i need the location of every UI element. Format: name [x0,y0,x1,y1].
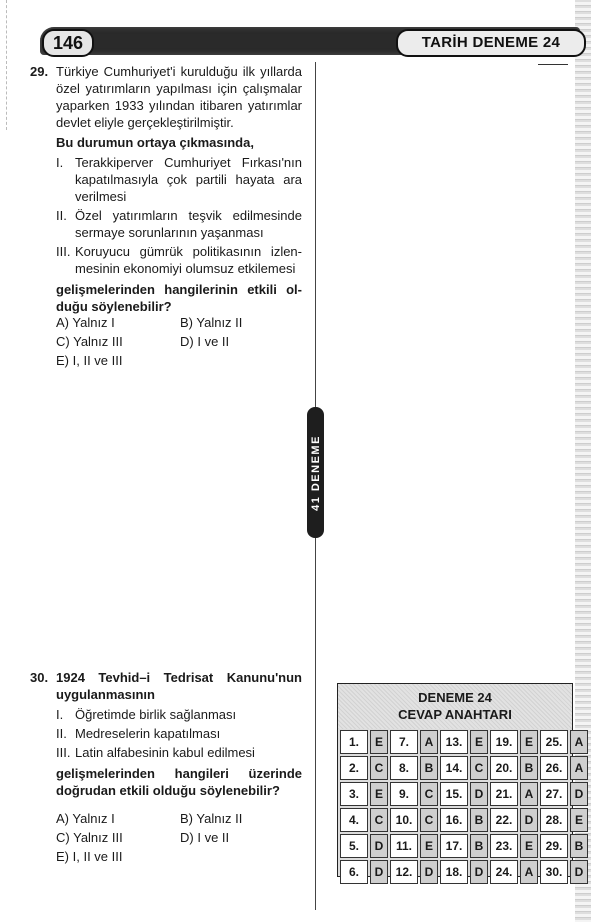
answer-key-question-number: 24. [490,860,518,884]
statement-item: I. Öğretimde birlik sağlanması [56,706,302,723]
answer-key-question-number: 21. [490,782,518,806]
statement-item: II. Medreselerin kapatılması [56,725,302,742]
statement-number: II. [56,207,75,241]
statement-number: III. [56,744,75,761]
answer-key-question-number: 1. [340,730,368,754]
answer-key-question-number: 2. [340,756,368,780]
question-number: 29. [30,63,48,80]
statement-number: III. [56,243,75,277]
column-divider [315,62,316,407]
answer-key-question-number: 15. [440,782,468,806]
answer-key-question-number: 30. [540,860,568,884]
answer-key-answer: C [370,808,388,832]
option-d[interactable]: D) I ve II [180,333,300,350]
option-c[interactable]: C) Yalnız III [56,829,180,846]
statement-number: I. [56,706,75,723]
statement-text: Latin alfabesinin kabul edilmesi [75,744,302,761]
option-a[interactable]: A) Yalnız I [56,314,180,331]
answer-key-answer: E [470,730,488,754]
answer-key-answer: D [420,860,438,884]
option-d[interactable]: D) I ve II [180,829,300,846]
answer-key-question-number: 25. [540,730,568,754]
answer-key-grid: 1.E7.A13.E19.E25.A2.C8.B14.C20.B26.A3.E9… [338,729,572,885]
answer-key-answer: D [520,808,538,832]
corner-rule [538,64,568,65]
question-prompt: gelişmelerinden hangileri üzerinde doğru… [56,765,302,799]
answer-key-answer: D [470,860,488,884]
statement-item: II. Özel yatırımların teşvik edilmesinde… [56,207,302,241]
question-stem: 1924 Tevhid–i Tedrisat Kanunu'nun uygula… [56,669,302,703]
statement-item: III. Koruyucu gümrük politikasının izlen… [56,243,302,277]
answer-key-question-number: 20. [490,756,518,780]
answer-key-answer: E [420,834,438,858]
statement-list: I. Terakkiperver Cumhuriyet Fırkası'nın … [56,154,302,277]
answer-key-answer: E [370,730,388,754]
answer-key-answer: D [570,860,588,884]
question-number: 30. [30,669,48,686]
answer-key-answer: C [370,756,388,780]
answer-key-answer: E [570,808,588,832]
answer-key-answer: D [570,782,588,806]
answer-key-question-number: 18. [440,860,468,884]
side-tab-label: 41 DENEME [310,435,322,511]
column-divider [315,538,316,910]
question-lead: Bu durumun ortaya çıkmasında, [56,134,302,151]
answer-key-answer: C [420,808,438,832]
answer-key-question-number: 12. [390,860,418,884]
answer-key-question-number: 9. [390,782,418,806]
option-b[interactable]: B) Yalnız II [180,314,300,331]
answer-key-question-number: 23. [490,834,518,858]
statement-item: I. Terakkiperver Cumhuriyet Fırkası'nın … [56,154,302,205]
answer-key-question-number: 29. [540,834,568,858]
option-e[interactable]: E) I, II ve III [56,848,180,865]
statement-text: Koruyucu gümrük politikasının izlen-mesi… [75,243,302,277]
answer-key-answer: D [470,782,488,806]
question-29: 29. Türkiye Cumhuriyet'i kurulduğu ilk y… [30,63,302,315]
answer-key-answer: A [570,756,588,780]
question-stem: Türkiye Cumhuriyet'i kurulduğu ilk yılla… [56,63,302,131]
statement-text: Özel yatırımların teşvik edilmesinde ser… [75,207,302,241]
answer-key-answer: B [470,834,488,858]
question-prompt: gelişmelerinden hangilerinin etkili ol-d… [56,281,302,315]
answer-key-answer: D [370,860,388,884]
statement-number: I. [56,154,75,205]
answer-key-question-number: 10. [390,808,418,832]
scan-edge-left [6,0,8,130]
option-a[interactable]: A) Yalnız I [56,810,180,827]
statement-list: I. Öğretimde birlik sağlanması II. Medre… [56,706,302,761]
answer-key-question-number: 5. [340,834,368,858]
answer-key-answer: B [520,756,538,780]
answer-key-question-number: 22. [490,808,518,832]
option-b[interactable]: B) Yalnız II [180,810,300,827]
statement-number: II. [56,725,75,742]
answer-key-table: DENEME 24 CEVAP ANAHTARI 1.E7.A13.E19.E2… [337,683,573,877]
question-30: 30. 1924 Tevhid–i Tedrisat Kanunu'nun uy… [30,669,302,799]
page-number: 146 [42,29,94,57]
side-tab: 41 DENEME [307,407,324,538]
answer-key-answer: B [570,834,588,858]
answer-key-question-number: 13. [440,730,468,754]
answer-key-answer: A [520,860,538,884]
answer-key-question-number: 17. [440,834,468,858]
answer-key-answer: D [370,834,388,858]
answer-key-question-number: 27. [540,782,568,806]
answer-key-question-number: 28. [540,808,568,832]
answer-key-answer: C [420,782,438,806]
answer-key-question-number: 8. [390,756,418,780]
answer-key-answer: E [370,782,388,806]
statement-item: III. Latin alfabesinin kabul edilmesi [56,744,302,761]
answer-key-question-number: 6. [340,860,368,884]
answer-key-answer: A [570,730,588,754]
answer-key-header: DENEME 24 CEVAP ANAHTARI [338,684,572,729]
answer-key-question-number: 16. [440,808,468,832]
option-c[interactable]: C) Yalnız III [56,333,180,350]
statement-text: Öğretimde birlik sağlanması [75,706,302,723]
answer-key-question-number: 4. [340,808,368,832]
answer-key-question-number: 19. [490,730,518,754]
answer-key-question-number: 26. [540,756,568,780]
answer-key-question-number: 14. [440,756,468,780]
section-title: TARİH DENEME 24 [396,29,586,57]
answer-options: A) Yalnız I B) Yalnız II C) Yalnız III D… [56,810,300,865]
answer-key-answer: A [520,782,538,806]
answer-key-question-number: 7. [390,730,418,754]
answer-key-question-number: 3. [340,782,368,806]
answer-key-answer: B [470,808,488,832]
answer-key-answer: A [420,730,438,754]
answer-key-question-number: 11. [390,834,418,858]
answer-key-answer: B [420,756,438,780]
answer-key-title: DENEME 24 [338,689,572,706]
answer-options: A) Yalnız I B) Yalnız II C) Yalnız III D… [56,314,300,369]
answer-key-subtitle: CEVAP ANAHTARI [338,706,572,723]
answer-key-answer: E [520,834,538,858]
option-e[interactable]: E) I, II ve III [56,352,180,369]
answer-key-answer: E [520,730,538,754]
statement-text: Terakkiperver Cumhuriyet Fırkası'nın kap… [75,154,302,205]
answer-key-answer: C [470,756,488,780]
statement-text: Medreselerin kapatılması [75,725,302,742]
